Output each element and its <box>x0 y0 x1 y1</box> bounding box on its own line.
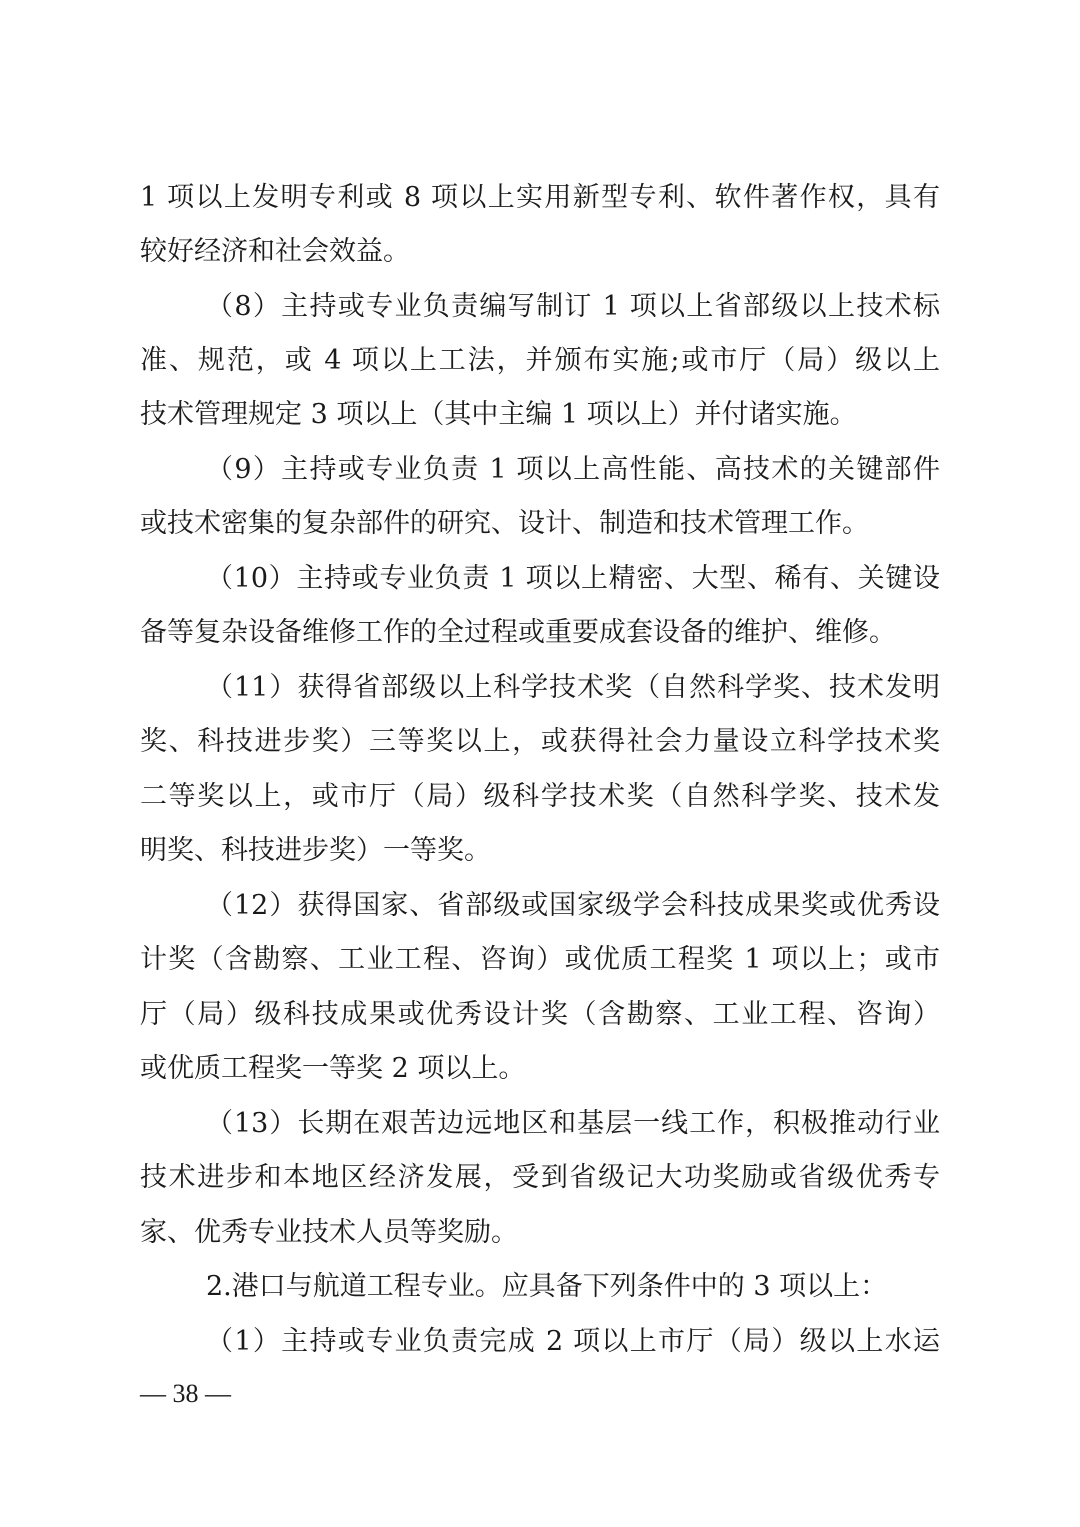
text-line: 计奖（含勘察、工业工程、咨询）或优质工程奖 1 项以上；或市 <box>140 940 940 980</box>
text-line: 1 项以上发明专利或 8 项以上实用新型专利、软件著作权，具有 <box>140 178 940 218</box>
text-line: 技术进步和本地区经济发展，受到省级记大功奖励或省级优秀专 <box>140 1158 940 1198</box>
text-line: 明奖、科技进步奖）一等奖。 <box>140 831 940 871</box>
paragraph-8-line: （8）主持或专业负责编写制订 1 项以上省部级以上技术标 <box>206 287 940 327</box>
text-line: 或优质工程奖一等奖 2 项以上。 <box>140 1049 940 1089</box>
paragraph-10-line: （10）主持或专业负责 1 项以上精密、大型、稀有、关键设 <box>206 559 940 599</box>
text-line: 或技术密集的复杂部件的研究、设计、制造和技术管理工作。 <box>140 504 940 544</box>
paragraph-9-line: （9）主持或专业负责 1 项以上高性能、高技术的关键部件 <box>206 450 940 490</box>
section-heading-port-waterway: 2.港口与航道工程专业。应具备下列条件中的 3 项以上： <box>206 1267 940 1307</box>
text-line: 二等奖以上，或市厅（局）级科学技术奖（自然科学奖、技术发 <box>140 777 940 817</box>
page-number: — 38 — <box>140 1374 231 1414</box>
document-page: 1 项以上发明专利或 8 项以上实用新型专利、软件著作权，具有 较好经济和社会效… <box>0 0 1080 1527</box>
text-line: 家、优秀专业技术人员等奖励。 <box>140 1213 940 1253</box>
text-line: 备等复杂设备维修工作的全过程或重要成套设备的维护、维修。 <box>140 613 940 653</box>
text-line: 技术管理规定 3 项以上（其中主编 1 项以上）并付诸实施。 <box>140 395 940 435</box>
paragraph-12-line: （12）获得国家、省部级或国家级学会科技成果奖或优秀设 <box>206 886 940 926</box>
paragraph-13-line: （13）长期在艰苦边远地区和基层一线工作，积极推动行业 <box>206 1104 940 1144</box>
text-line: 厅（局）级科技成果或优秀设计奖（含勘察、工业工程、咨询） <box>140 995 940 1035</box>
text-line: 准、规范，或 4 项以上工法，并颁布实施;或市厅（局）级以上 <box>140 341 940 381</box>
text-line: 较好经济和社会效益。 <box>140 232 940 272</box>
text-line: 奖、科技进步奖）三等奖以上，或获得社会力量设立科学技术奖 <box>140 722 940 762</box>
paragraph-11-line: （11）获得省部级以上科学技术奖（自然科学奖、技术发明 <box>206 668 940 708</box>
paragraph-1-line: （1）主持或专业负责完成 2 项以上市厅（局）级以上水运 <box>206 1322 940 1362</box>
